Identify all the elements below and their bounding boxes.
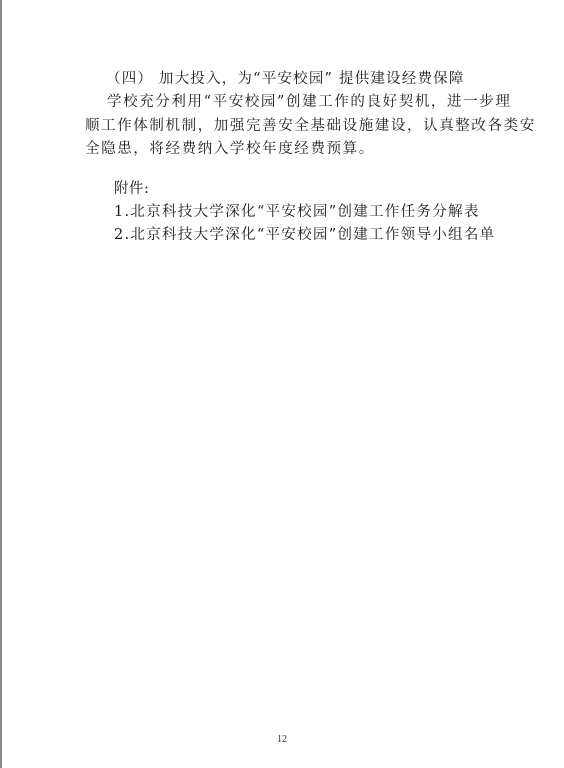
body-paragraph-line-3: 全隐患，将经费纳入学校年度经费预算。 — [85, 140, 375, 158]
body-paragraph-line-2: 顺工作体制机制，加强完善安全基础设施建设，认真整改各类安 — [85, 117, 536, 135]
body-paragraph-line-1: 学校充分利用“平安校园”创建工作的良好契机，进一步理 — [107, 93, 511, 111]
page-number: 12 — [277, 734, 287, 746]
attachment-item-2: 2.北京科技大学深化“平安校园”创建工作领导小组名单 — [114, 226, 495, 244]
document-page: （四） 加大投入，为“平安校园” 提供建设经费保障 学校充分利用“平安校园”创建… — [0, 0, 564, 768]
attachment-item-1: 1.北京科技大学深化“平安校园”创建工作任务分解表 — [114, 203, 480, 221]
attachments-label: 附件: — [114, 180, 149, 198]
section-heading: （四） 加大投入，为“平安校园” 提供建设经费保障 — [106, 70, 465, 88]
